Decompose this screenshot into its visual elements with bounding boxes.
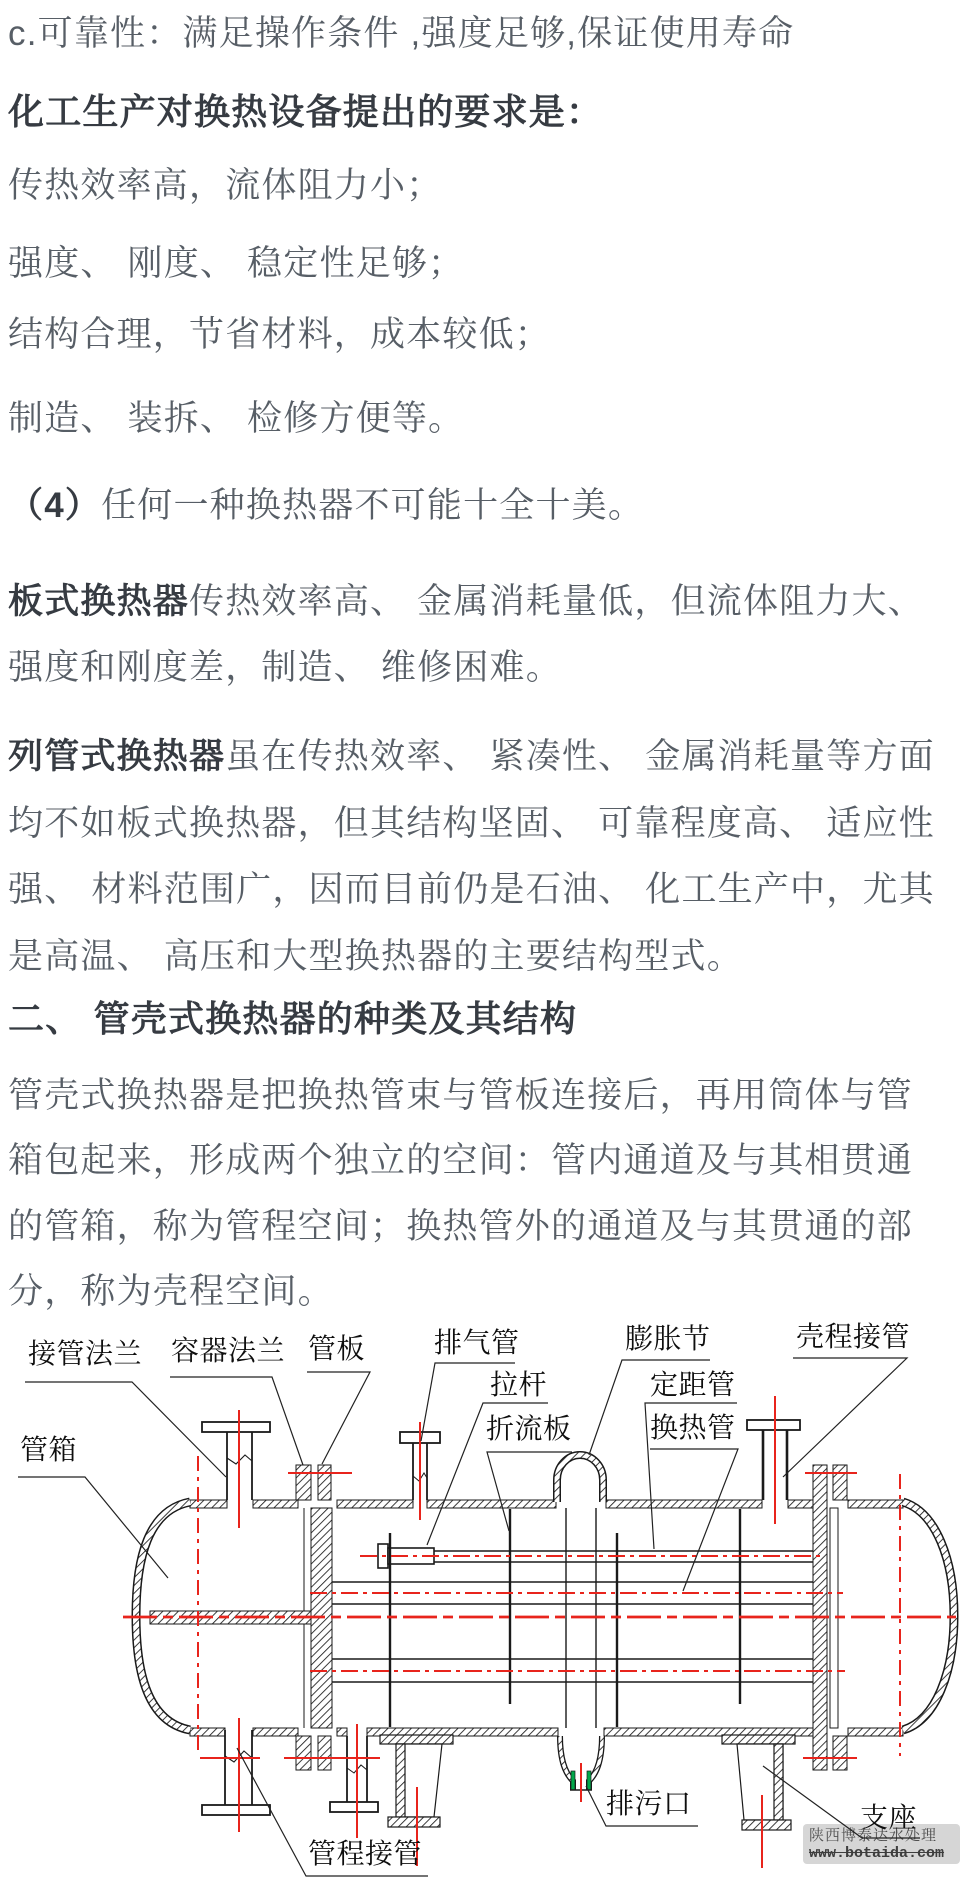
shell-nozzle-bottom: [330, 1736, 378, 1812]
tube-side-nozzle-bottom: [202, 1730, 270, 1815]
heat-exchanger-drawing: [0, 1330, 960, 1890]
drain-gasket-right: [587, 1771, 591, 1790]
support-right: [722, 1735, 795, 1830]
pass-partition-plate: [150, 1611, 311, 1624]
inlet-nozzle-top: [202, 1422, 270, 1500]
drain-gasket-left: [571, 1771, 575, 1790]
expansion-joint: [557, 1455, 603, 1728]
heat-exchanger-figure: 陕西博泰达水处理 www.botaida.com: [0, 0, 960, 1890]
shell-nozzle-top: [747, 1420, 800, 1500]
